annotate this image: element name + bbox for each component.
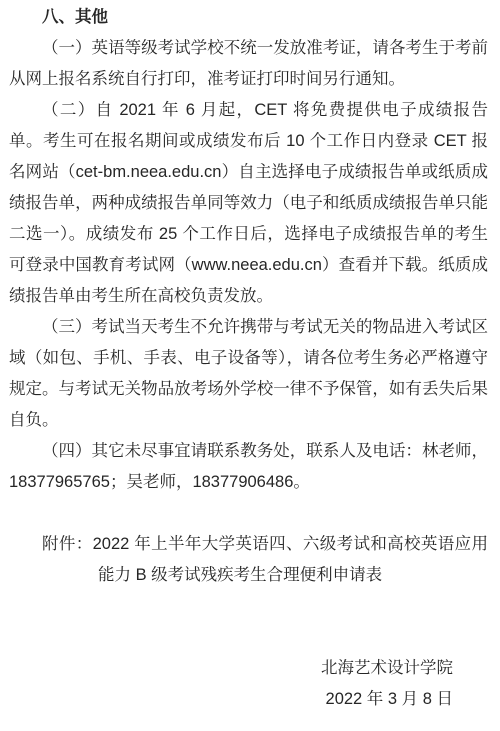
paragraph-contact-info: （四）其它未尽事宜请联系教务处，联系人及电话：林老师，18377965765；吴…: [9, 436, 488, 498]
paragraph-prohibited-items: （三）考试当天考生不允许携带与考试无关的物品进入考试区域（如包、手机、手表、电子…: [9, 312, 488, 436]
paragraph-electronic-score-report: （二）自 2021 年 6 月起，CET 将免费提供电子成绩报告单。考生可在报名…: [9, 95, 488, 312]
signature-organization: 北海艺术设计学院: [9, 653, 453, 684]
section-heading: 八、其他: [9, 2, 488, 33]
attachment-title: 2022 年上半年大学英语四、六级考试和高校英语应用能力 B 级考试残疾考生合理…: [93, 535, 488, 584]
attachment-label: 附件：: [42, 535, 93, 553]
paragraph-admission-ticket: （一）英语等级考试学校不统一发放准考证，请各考生于考前从网上报名系统自行打印，准…: [9, 33, 488, 95]
attachment-line: 附件：2022 年上半年大学英语四、六级考试和高校英语应用能力 B 级考试残疾考…: [9, 529, 488, 591]
signature-date: 2022 年 3 月 8 日: [9, 684, 453, 715]
signature-block: 北海艺术设计学院 2022 年 3 月 8 日: [9, 653, 488, 715]
notice-document-page: 八、其他 （一）英语等级考试学校不统一发放准考证，请各考生于考前从网上报名系统自…: [0, 0, 500, 731]
